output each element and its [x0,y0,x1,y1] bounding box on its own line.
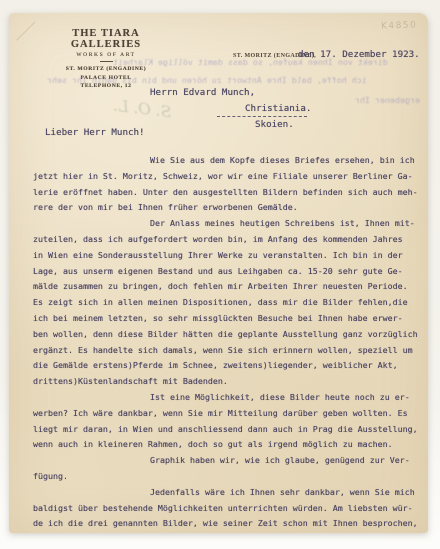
body-line: lerie eröffnet haben. Unter den ausgeste… [33,185,425,201]
archive-annotation: K4850 [381,20,418,31]
body-line: Graphik haben wir, wie ich glaube, genüg… [33,453,425,469]
body-line: liegt mir daran, in Wien und anschliesse… [33,422,425,438]
body-line: Jedenfalls wäre ich Ihnen sehr dankbar, … [33,485,425,501]
body-line: Lage, aus unserm eigenen Bestand und aus… [33,264,425,280]
body-line: ergänzt. Es handelte sich damals, wenn S… [33,343,425,359]
letter-photo: K4850 THE TIARA GALLERIES WORKS OF ART S… [0,0,440,549]
body-line: wenn auch in kleineren Rahmen, doch so g… [33,437,425,453]
letter-body: Wie Sie aus dem Kopfe dieses Briefes ers… [33,153,425,532]
ghost-offset-line: direkt von Ihnen kaufen, so dass damit v… [113,57,388,67]
body-line: de ich die drei genannten Bilder, wie se… [33,516,425,532]
recipient-district: Skoien. [255,119,294,130]
body-line: die Gemälde erstens)Pferde im Schnee, zw… [33,358,425,374]
recipient-name: Herrn Edvard Munch, [150,87,255,98]
body-line: Der Anlass meines heutigen Schreibens is… [33,216,425,232]
recipient-city-underline [217,116,307,117]
body-line: fügung. [33,469,425,485]
paper-crease [0,3,35,40]
body-line: Ist eine Möglichkeit, diese Bilder heute… [33,390,425,406]
body-line: jetzt hier in St. Moritz, Schweiz, wor w… [33,169,425,185]
salutation: Lieber Herr Munch! [45,127,145,138]
recipient-city: Christiania. [245,103,311,114]
letter-paper: K4850 THE TIARA GALLERIES WORKS OF ART S… [9,13,428,533]
body-line: drittens)Küstenlandschaft mit Badenden. [33,374,425,390]
gallery-name: THE TIARA GALLERIES [43,28,169,50]
body-line: mälde zusammen zu bringen, doch fehlen m… [33,279,425,295]
ghost-offset-line: ergebener Ihr [355,95,420,105]
body-line: Es zeigt sich in allen meinen Dispositio… [33,295,425,311]
ghost-pencil-mark: S. O. L. [112,95,173,121]
body-line: in Wien eine Sonderausstellung Ihrer Wer… [33,248,425,264]
body-line: ich bei meinem letzten, so sehr missglüc… [33,311,425,327]
body-line: zuteilen, dass ich aufgefordert worden b… [33,232,425,248]
body-line: ben wollen, denn diese Bilder hätten die… [33,327,425,343]
ghost-offset-line: ich hoffe, bald Ihre Antwort zu hören un… [47,75,367,85]
letterhead-rule [100,61,113,62]
body-line: rere der von mir bei Ihnen früher erworb… [33,200,425,216]
body-line: werben? Ich wäre dankbar, wenn Sie mir M… [33,406,425,422]
body-line: baldigst über bestehende Möglichkeiten u… [33,501,425,517]
body-line: Wie Sie aus dem Kopfe dieses Briefes ers… [33,153,425,169]
